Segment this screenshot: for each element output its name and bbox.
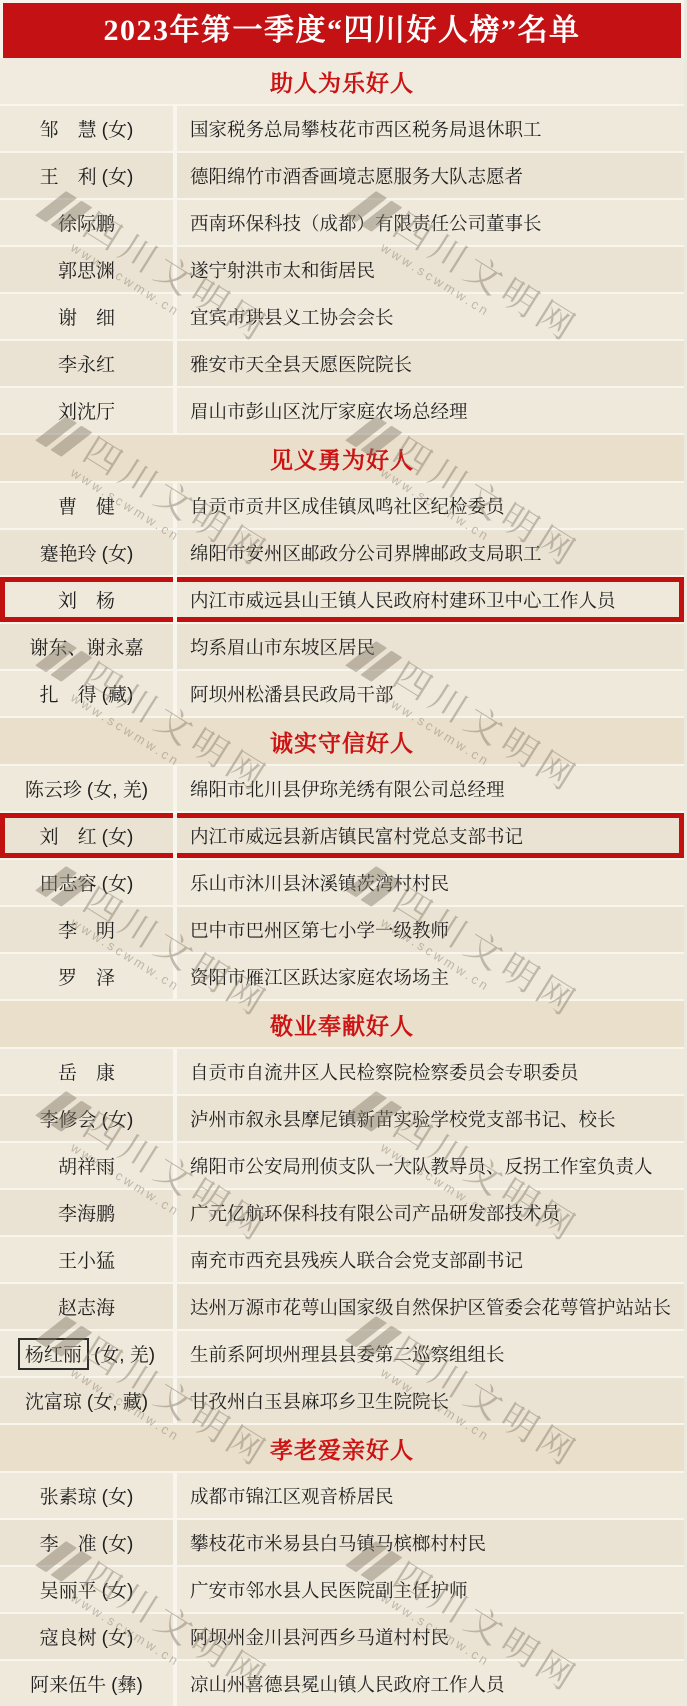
person-name-cell: 胡祥雨 xyxy=(0,1143,177,1188)
person-name: 寇良树 xyxy=(40,1623,97,1650)
person-tag: (女) xyxy=(102,1105,134,1132)
person-description: 巴中市巴州区第七小学一级教师 xyxy=(177,907,684,952)
person-name: 曹 健 xyxy=(58,492,115,519)
table-row: 蹇艳玲 (女) 绵阳市安州区邮政分公司界牌邮政支局职工 xyxy=(0,530,684,577)
section: 助人为乐好人 邹 慧 (女) 国家税务总局攀枝花市西区税务局退休职工 王 利 (… xyxy=(0,58,684,435)
section: 敬业奉献好人 岳 康 自贡市自流井区人民检察院检察委员会专职委员 李修会 (女)… xyxy=(0,1001,684,1425)
person-tag: (女) xyxy=(102,822,134,849)
person-description: 自贡市自流井区人民检察院检察委员会专职委员 xyxy=(177,1049,684,1094)
table-row: 张素琼 (女) 成都市锦江区观音桥居民 xyxy=(0,1473,684,1520)
table-row: 赵志海 达州万源市花萼山国家级自然保护区管委会花萼管护站站长 xyxy=(0,1284,684,1331)
person-tag: (女, 羌) xyxy=(87,775,148,802)
table-row: 李 准 (女) 攀枝花市米易县白马镇马槟榔村村民 xyxy=(0,1520,684,1567)
table-row: 李海鹏 广元亿航环保科技有限公司产品研发部技术员 xyxy=(0,1190,684,1237)
person-name-cell: 谢东、谢永嘉 xyxy=(0,624,177,669)
section-rows: 曹 健 自贡市贡井区成佳镇凤鸣社区纪检委员 蹇艳玲 (女) 绵阳市安州区邮政分公… xyxy=(0,483,684,718)
person-name-cell: 邹 慧 (女) xyxy=(0,106,177,151)
section-header: 孝老爱亲好人 xyxy=(0,1425,684,1473)
person-description: 绵阳市安州区邮政分公司界牌邮政支局职工 xyxy=(177,530,684,575)
person-name-cell: 寇良树 (女) xyxy=(0,1614,177,1659)
person-name-cell: 陈云珍 (女, 羌) xyxy=(0,766,177,811)
table-row: 邹 慧 (女) 国家税务总局攀枝花市西区税务局退休职工 xyxy=(0,106,684,153)
person-tag: (女) xyxy=(102,539,134,566)
section-header: 助人为乐好人 xyxy=(0,58,684,106)
section: 见义勇为好人 曹 健 自贡市贡井区成佳镇凤鸣社区纪检委员 蹇艳玲 (女) 绵阳市… xyxy=(0,435,684,718)
person-name: 扎 得 xyxy=(40,680,97,707)
table-row: 徐际鹏 西南环保科技（成都）有限责任公司董事长 xyxy=(0,200,684,247)
section-rows: 陈云珍 (女, 羌) 绵阳市北川县伊珎羌绣有限公司总经理 刘 红 (女) 内江市… xyxy=(0,766,684,1001)
table-row: 谢 细 宜宾市珙县义工协会会长 xyxy=(0,294,684,341)
table-row: 扎 得 (藏) 阿坝州松潘县民政局干部 xyxy=(0,671,684,718)
person-name-cell: 徐际鹏 xyxy=(0,200,177,245)
person-description: 均系眉山市东坡区居民 xyxy=(177,624,684,669)
person-tag: (女) xyxy=(102,1576,134,1603)
person-name-cell: 杨红丽 (女, 羌) xyxy=(0,1331,177,1376)
table-row: 李 明 巴中市巴州区第七小学一级教师 xyxy=(0,907,684,954)
person-name: 徐际鹏 xyxy=(58,209,115,236)
person-name-cell: 刘 杨 xyxy=(0,577,177,622)
person-description: 达州万源市花萼山国家级自然保护区管委会花萼管护站站长 xyxy=(177,1284,684,1329)
person-description: 资阳市雁江区跃达家庭农场场主 xyxy=(177,954,684,999)
person-name: 吴丽平 xyxy=(40,1576,97,1603)
person-description: 生前系阿坝州理县县委第二巡察组组长 xyxy=(177,1331,684,1376)
person-description: 宜宾市珙县义工协会会长 xyxy=(177,294,684,339)
person-description: 阿坝州松潘县民政局干部 xyxy=(177,671,684,716)
person-description: 南充市西充县残疾人联合会党支部副书记 xyxy=(177,1237,684,1282)
person-name-cell: 王 利 (女) xyxy=(0,153,177,198)
person-name: 陈云珍 xyxy=(25,775,82,802)
person-name: 邹 慧 xyxy=(40,115,97,142)
person-tag: (女) xyxy=(102,115,134,142)
table-row: 刘 红 (女) 内江市威远县新店镇民富村党总支部书记 xyxy=(0,813,684,860)
table-row: 沈富琼 (女, 藏) 甘孜州白玉县麻邛乡卫生院院长 xyxy=(0,1378,684,1425)
person-name: 刘沈厅 xyxy=(58,397,115,424)
section-rows: 张素琼 (女) 成都市锦江区观音桥居民 李 准 (女) 攀枝花市米易县白马镇马槟… xyxy=(0,1473,684,1706)
table-row: 王 利 (女) 德阳绵竹市酒香画境志愿服务大队志愿者 xyxy=(0,153,684,200)
person-description: 凉山州喜德县冕山镇人民政府工作人员 xyxy=(177,1661,684,1706)
person-description: 内江市威远县山王镇人民政府村建环卫中心工作人员 xyxy=(177,577,684,622)
person-description: 广元亿航环保科技有限公司产品研发部技术员 xyxy=(177,1190,684,1235)
person-name-cell: 蹇艳玲 (女) xyxy=(0,530,177,575)
table-row: 阿来伍牛 (彝) 凉山州喜德县冕山镇人民政府工作人员 xyxy=(0,1661,684,1706)
person-description: 遂宁射洪市太和街居民 xyxy=(177,247,684,292)
person-tag: (女) xyxy=(102,1623,134,1650)
person-name-cell: 王小猛 xyxy=(0,1237,177,1282)
person-name-cell: 李永红 xyxy=(0,341,177,386)
table-row: 杨红丽 (女, 羌) 生前系阿坝州理县县委第二巡察组组长 xyxy=(0,1331,684,1378)
person-name: 李 准 xyxy=(40,1529,97,1556)
person-name: 张素琼 xyxy=(40,1482,97,1509)
person-name-cell: 沈富琼 (女, 藏) xyxy=(0,1378,177,1423)
person-name-cell: 田志容 (女) xyxy=(0,860,177,905)
table-row: 刘沈厅 眉山市彭山区沈厅家庭农场总经理 xyxy=(0,388,684,435)
person-description: 阿坝州金川县河西乡马道村村民 xyxy=(177,1614,684,1659)
person-name-cell: 阿来伍牛 (彝) xyxy=(0,1661,177,1706)
person-description: 绵阳市公安局刑侦支队一大队教导员、反拐工作室负责人 xyxy=(177,1143,684,1188)
table-row: 王小猛 南充市西充县残疾人联合会党支部副书记 xyxy=(0,1237,684,1284)
person-name: 李永红 xyxy=(58,350,115,377)
person-name: 刘 红 xyxy=(40,822,97,849)
person-name-cell: 李海鹏 xyxy=(0,1190,177,1235)
table-row: 胡祥雨 绵阳市公安局刑侦支队一大队教导员、反拐工作室负责人 xyxy=(0,1143,684,1190)
person-name: 刘 杨 xyxy=(58,586,115,613)
person-tag: (女, 羌) xyxy=(94,1340,155,1367)
table-row: 田志容 (女) 乐山市沐川县沐溪镇茨湾村村民 xyxy=(0,860,684,907)
person-tag: (藏) xyxy=(102,680,134,707)
person-name-cell: 赵志海 xyxy=(0,1284,177,1329)
person-name: 岳 康 xyxy=(58,1058,115,1085)
table-row: 吴丽平 (女) 广安市邻水县人民医院副主任护师 xyxy=(0,1567,684,1614)
person-name: 阿来伍牛 xyxy=(30,1670,106,1697)
person-name-cell: 吴丽平 (女) xyxy=(0,1567,177,1612)
section-header: 见义勇为好人 xyxy=(0,435,684,483)
person-description: 内江市威远县新店镇民富村党总支部书记 xyxy=(177,813,684,858)
person-name-cell: 张素琼 (女) xyxy=(0,1473,177,1518)
person-name: 郭思渊 xyxy=(58,256,115,283)
person-description: 成都市锦江区观音桥居民 xyxy=(177,1473,684,1518)
person-description: 绵阳市北川县伊珎羌绣有限公司总经理 xyxy=(177,766,684,811)
table-row: 谢东、谢永嘉 均系眉山市东坡区居民 xyxy=(0,624,684,671)
person-name-cell: 李 准 (女) xyxy=(0,1520,177,1565)
section-header: 敬业奉献好人 xyxy=(0,1001,684,1049)
section: 诚实守信好人 陈云珍 (女, 羌) 绵阳市北川县伊珎羌绣有限公司总经理 刘 红 … xyxy=(0,718,684,1001)
good-people-list-page: 2023年第一季度“四川好人榜”名单 助人为乐好人 邹 慧 (女) 国家税务总局… xyxy=(0,0,687,1706)
person-description: 乐山市沐川县沐溪镇茨湾村村民 xyxy=(177,860,684,905)
table-row: 刘 杨 内江市威远县山王镇人民政府村建环卫中心工作人员 xyxy=(0,577,684,624)
person-name-cell: 郭思渊 xyxy=(0,247,177,292)
person-name: 沈富琼 xyxy=(25,1387,82,1414)
person-tag: (女) xyxy=(102,869,134,896)
person-name: 谢 细 xyxy=(58,303,115,330)
table-row: 郭思渊 遂宁射洪市太和街居民 xyxy=(0,247,684,294)
sections-table: 助人为乐好人 邹 慧 (女) 国家税务总局攀枝花市西区税务局退休职工 王 利 (… xyxy=(0,58,684,1706)
table-row: 岳 康 自贡市自流井区人民检察院检察委员会专职委员 xyxy=(0,1049,684,1096)
section-rows: 邹 慧 (女) 国家税务总局攀枝花市西区税务局退休职工 王 利 (女) 德阳绵竹… xyxy=(0,106,684,435)
person-tag: (女) xyxy=(102,1529,134,1556)
person-name: 李 明 xyxy=(58,916,115,943)
person-name-cell: 李 明 xyxy=(0,907,177,952)
person-description: 德阳绵竹市酒香画境志愿服务大队志愿者 xyxy=(177,153,684,198)
table-row: 陈云珍 (女, 羌) 绵阳市北川县伊珎羌绣有限公司总经理 xyxy=(0,766,684,813)
section: 孝老爱亲好人 张素琼 (女) 成都市锦江区观音桥居民 李 准 (女) 攀枝花市米… xyxy=(0,1425,684,1706)
person-tag: (彝) xyxy=(111,1670,143,1697)
person-name-cell: 谢 细 xyxy=(0,294,177,339)
page-title: 2023年第一季度“四川好人榜”名单 xyxy=(3,3,681,58)
person-tag: (女) xyxy=(102,1482,134,1509)
person-name: 王 利 xyxy=(40,162,97,189)
table-row: 李永红 雅安市天全县天愿医院院长 xyxy=(0,341,684,388)
person-description: 国家税务总局攀枝花市西区税务局退休职工 xyxy=(177,106,684,151)
person-description: 自贡市贡井区成佳镇凤鸣社区纪检委员 xyxy=(177,483,684,528)
person-tag: (女, 藏) xyxy=(87,1387,148,1414)
person-name: 胡祥雨 xyxy=(58,1152,115,1179)
person-description: 广安市邻水县人民医院副主任护师 xyxy=(177,1567,684,1612)
person-description: 西南环保科技（成都）有限责任公司董事长 xyxy=(177,200,684,245)
person-name: 田志容 xyxy=(40,869,97,896)
table-row: 李修会 (女) 泸州市叙永县摩尼镇新苗实验学校党支部书记、校长 xyxy=(0,1096,684,1143)
person-description: 眉山市彭山区沈厅家庭农场总经理 xyxy=(177,388,684,433)
person-name-cell: 岳 康 xyxy=(0,1049,177,1094)
section-header: 诚实守信好人 xyxy=(0,718,684,766)
person-name-cell: 刘沈厅 xyxy=(0,388,177,433)
person-name-cell: 刘 红 (女) xyxy=(0,813,177,858)
person-description: 雅安市天全县天愿医院院长 xyxy=(177,341,684,386)
person-name: 李海鹏 xyxy=(58,1199,115,1226)
person-name: 杨红丽 xyxy=(18,1338,89,1370)
person-description: 攀枝花市米易县白马镇马槟榔村村民 xyxy=(177,1520,684,1565)
person-name: 赵志海 xyxy=(58,1293,115,1320)
person-name: 谢东、谢永嘉 xyxy=(29,633,143,660)
person-name: 王小猛 xyxy=(58,1246,115,1273)
person-name: 罗 泽 xyxy=(58,963,115,990)
person-name-cell: 扎 得 (藏) xyxy=(0,671,177,716)
section-rows: 岳 康 自贡市自流井区人民检察院检察委员会专职委员 李修会 (女) 泸州市叙永县… xyxy=(0,1049,684,1425)
person-name-cell: 罗 泽 xyxy=(0,954,177,999)
person-name-cell: 李修会 (女) xyxy=(0,1096,177,1141)
person-name: 蹇艳玲 xyxy=(40,539,97,566)
table-row: 罗 泽 资阳市雁江区跃达家庭农场场主 xyxy=(0,954,684,1001)
table-row: 曹 健 自贡市贡井区成佳镇凤鸣社区纪检委员 xyxy=(0,483,684,530)
table-row: 寇良树 (女) 阿坝州金川县河西乡马道村村民 xyxy=(0,1614,684,1661)
person-description: 甘孜州白玉县麻邛乡卫生院院长 xyxy=(177,1378,684,1423)
person-name-cell: 曹 健 xyxy=(0,483,177,528)
person-tag: (女) xyxy=(102,162,134,189)
person-name: 李修会 xyxy=(40,1105,97,1132)
person-description: 泸州市叙永县摩尼镇新苗实验学校党支部书记、校长 xyxy=(177,1096,684,1141)
